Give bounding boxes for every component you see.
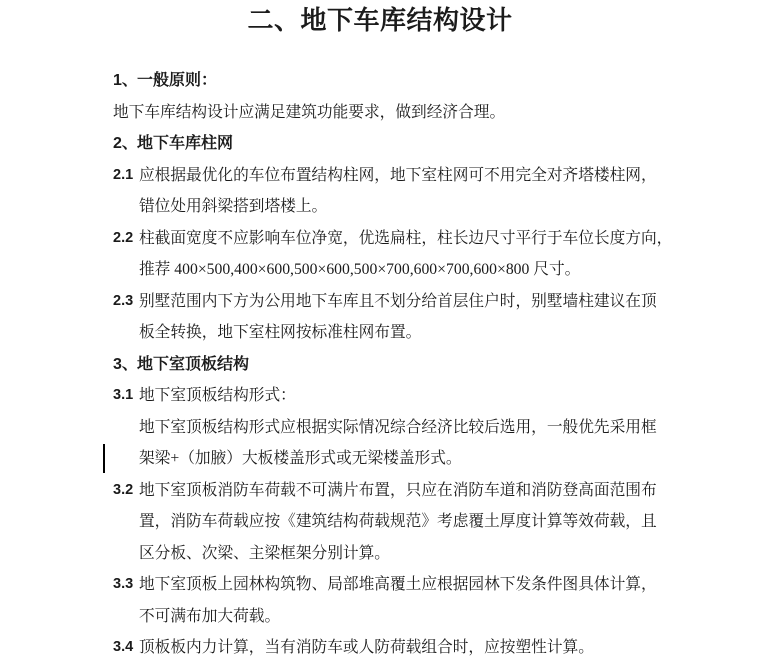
section-heading-2: 2、地下车库柱网 <box>113 128 713 160</box>
item-number: 2.3 <box>113 286 133 318</box>
document-title: 二、地下车库结构设计 <box>0 2 760 38</box>
item-number: 2.2 <box>113 223 133 255</box>
item-line: 地下室顶板结构形式： <box>139 387 296 404</box>
paragraph-line: 地下车库结构设计应满足建筑功能要求，做到经济合理。 <box>113 97 713 129</box>
item-3-2: 3.2地下室顶板消防车荷载不可满片布置，只应在消防车道和消防登高面范围布 <box>113 475 713 507</box>
item-line: 别墅范围内下方为公用地下车库且不划分给首层住户时，别墅墙柱建议在顶 <box>139 293 657 310</box>
document-page: 二、地下车库结构设计 1、一般原则： 地下车库结构设计应满足建筑功能要求，做到经… <box>0 0 760 660</box>
section-heading-1: 1、一般原则： <box>113 65 713 97</box>
item-continuation-line: 错位处用斜梁搭到塔楼上。 <box>113 191 713 223</box>
item-number: 3.3 <box>113 569 133 601</box>
item-2-2: 2.2柱截面宽度不应影响车位净宽，优选扁柱，柱长边尺寸平行于车位长度方向， <box>113 223 713 255</box>
item-line: 柱截面宽度不应影响车位净宽，优选扁柱，柱长边尺寸平行于车位长度方向， <box>139 230 672 247</box>
item-line: 顶板板内力计算，当有消防车或人防荷载组合时，应按塑性计算。 <box>139 639 594 656</box>
section-heading-label: 地下室顶板结构 <box>137 356 249 373</box>
item-3-4: 3.4顶板板内力计算，当有消防车或人防荷载组合时，应按塑性计算。 <box>113 632 713 660</box>
item-number: 2.1 <box>113 160 133 192</box>
item-continuation-line: 地下室顶板结构形式应根据实际情况综合经济比较后选用，一般优先采用框 <box>113 412 713 444</box>
item-2-1: 2.1应根据最优化的车位布置结构柱网，地下室柱网可不用完全对齐塔楼柱网， <box>113 160 713 192</box>
item-line: 地下室顶板上园林构筑物、局部堆高覆土应根据园林下发条件图具体计算， <box>139 576 657 593</box>
item-2-3: 2.3别墅范围内下方为公用地下车库且不划分给首层住户时，别墅墙柱建议在顶 <box>113 286 713 318</box>
section-heading-3: 3、地下室顶板结构 <box>113 349 713 381</box>
section-heading-number: 3、 <box>113 349 137 381</box>
item-line: 地下室顶板消防车荷载不可满片布置，只应在消防车道和消防登高面范围布 <box>139 482 657 499</box>
section-heading-number: 1、 <box>113 65 137 97</box>
item-3-1: 3.1地下室顶板结构形式： <box>113 380 713 412</box>
item-line: 应根据最优化的车位布置结构柱网，地下室柱网可不用完全对齐塔楼柱网， <box>139 167 657 184</box>
item-continuation-line: 不可满布加大荷载。 <box>113 601 713 633</box>
section-heading-number: 2、 <box>113 128 137 160</box>
section-heading-label: 一般原则： <box>137 72 217 89</box>
item-number: 3.1 <box>113 380 133 412</box>
item-continuation-line: 置，消防车荷载应按《建筑结构荷载规范》考虑覆土厚度计算等效荷载，且 <box>113 506 713 538</box>
item-3-3: 3.3地下室顶板上园林构筑物、局部堆高覆土应根据园林下发条件图具体计算， <box>113 569 713 601</box>
item-number: 3.2 <box>113 475 133 507</box>
document-content: 1、一般原则： 地下车库结构设计应满足建筑功能要求，做到经济合理。 2、地下车库… <box>113 65 713 660</box>
section-heading-label: 地下车库柱网 <box>137 135 233 152</box>
item-continuation-line: 架梁+（加腋）大板楼盖形式或无梁楼盖形式。 <box>113 443 713 475</box>
item-continuation-line: 推荐 400×500,400×600,500×600,500×700,600×7… <box>113 254 713 286</box>
revision-change-bar <box>103 444 105 473</box>
item-number: 3.4 <box>113 632 133 660</box>
item-continuation-line: 区分板、次梁、主梁框架分别计算。 <box>113 538 713 570</box>
item-continuation-line: 板全转换，地下室柱网按标准柱网布置。 <box>113 317 713 349</box>
